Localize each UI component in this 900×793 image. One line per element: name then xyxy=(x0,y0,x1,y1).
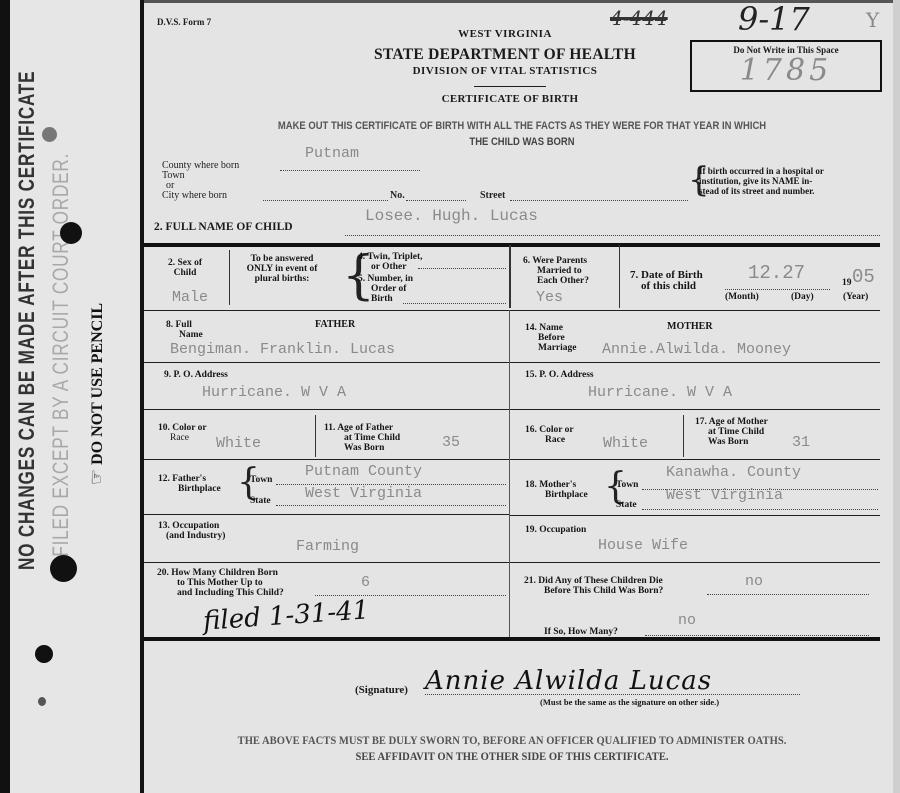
how-many-label: If So, How Many? xyxy=(544,627,618,637)
mother-heading: MOTHER xyxy=(667,322,713,332)
year-caption: (Year) xyxy=(843,292,868,302)
mother-age: 31 xyxy=(792,434,810,451)
year-prefix: 19 xyxy=(842,278,852,288)
section-divider-2 xyxy=(144,310,880,311)
mother-occupation-rule xyxy=(510,562,880,563)
father-age-label: 11. Age of Father at Time Child Was Born xyxy=(324,423,400,453)
section-divider-1 xyxy=(144,243,880,247)
twin-line xyxy=(418,268,506,269)
mother-age-label: 17. Age of Mother at Time Child Was Born xyxy=(695,417,768,447)
father-town-label: Town xyxy=(250,475,272,485)
children-died-line xyxy=(707,594,869,595)
father-name-label: 8. Full Name xyxy=(166,320,203,340)
father-state: West Virginia xyxy=(305,485,422,502)
punch-hole-middle xyxy=(50,555,77,582)
punch-hole-upper xyxy=(60,222,82,244)
punch-hole-lower xyxy=(35,645,53,663)
full-name-line xyxy=(345,235,880,236)
struck-number: 4-444 xyxy=(610,6,668,30)
father-race: White xyxy=(216,435,261,452)
father-age: 35 xyxy=(442,434,460,451)
sex-divider xyxy=(229,250,230,305)
punch-mark-small xyxy=(38,697,46,706)
center-divider xyxy=(509,310,510,640)
father-heading: FATHER xyxy=(315,320,355,330)
mother-birthplace-label: 18. Mother's Birthplace xyxy=(525,480,588,500)
instructions-line1: MAKE OUT THIS CERTIFICATE OF BIRTH WITH … xyxy=(197,120,847,132)
twin-label: 4. Twin, Triplet, or Other xyxy=(358,252,423,272)
city-line xyxy=(263,200,388,201)
footer-line1: THE ABOVE FACTS MUST BE DULY SWORN TO, B… xyxy=(173,735,850,747)
father-race-rule xyxy=(144,459,509,460)
dob-line xyxy=(725,289,830,290)
title-rule xyxy=(474,86,546,87)
day-caption: (Day) xyxy=(791,292,814,302)
office-box-value: 1785 xyxy=(692,55,880,87)
pencil-warning-text: DO NOT USE PENCIL xyxy=(89,303,106,465)
margin-notice-line1: NO CHANGES CAN BE MADE AFTER THIS CERTIF… xyxy=(14,71,40,570)
married-value: Yes xyxy=(536,289,563,306)
father-name: Bengiman. Franklin. Lucas xyxy=(170,341,395,358)
mother-occupation-label: 19. Occupation xyxy=(525,525,586,535)
county-value: Putnam xyxy=(305,145,359,162)
child-full-name: Losee. Hugh. Lucas xyxy=(365,207,538,225)
mother-race-label: 16. Color or Race xyxy=(525,425,574,445)
children-died: no xyxy=(745,573,763,590)
form-id: D.V.S. Form 7 xyxy=(157,17,211,27)
mother-birthplace-rule xyxy=(510,515,880,516)
dob-month-day: 12.27 xyxy=(748,262,805,284)
handwritten-date: 9-17 xyxy=(738,0,810,38)
father-state-label: State xyxy=(250,496,271,506)
month-caption: (Month) xyxy=(725,292,759,302)
corner-mark: Y xyxy=(866,8,879,32)
father-race-divider xyxy=(315,415,316,457)
dob-year: 05 xyxy=(852,266,875,288)
mother-race: White xyxy=(603,435,648,452)
signature-value: Annie Alwilda Lucas xyxy=(425,666,712,696)
signature-label: (Signature) xyxy=(355,684,408,696)
page-left-border xyxy=(140,0,144,793)
mother-occupation: House Wife xyxy=(598,537,688,554)
father-address-rule xyxy=(144,409,509,410)
mother-address-label: 15. P. O. Address xyxy=(525,370,594,380)
dob-label: 7. Date of Birth of this child xyxy=(630,270,703,292)
mother-state-line xyxy=(642,509,878,510)
father-race-label: 10. Color or Race xyxy=(158,423,207,443)
mother-name-label: 14. Name Before Marriage xyxy=(525,323,577,353)
father-address: Hurricane. W V A xyxy=(202,384,346,401)
mother-town-label: Town xyxy=(616,480,638,490)
street-line xyxy=(510,200,688,201)
margin-notice-line2: IS FILED EXCEPT BY A CIRCUIT COURT ORDER… xyxy=(48,153,74,580)
mother-address: Hurricane. W V A xyxy=(588,384,732,401)
how-many-value: no xyxy=(678,612,696,629)
plural-note: To be answered ONLY in event of plural b… xyxy=(232,254,332,284)
father-birthplace-label: 12. Father's Birthplace xyxy=(158,474,221,494)
children-count-label: 20. How Many Children Born to This Mothe… xyxy=(157,568,284,598)
scan-edge xyxy=(0,0,10,793)
order-line xyxy=(403,303,506,304)
married-divider xyxy=(619,245,620,308)
father-name-rule xyxy=(144,362,509,363)
city-label: City where born xyxy=(162,190,227,201)
page-right-edge xyxy=(893,0,900,793)
married-label: 6. Were Parents Married to Each Other? xyxy=(523,256,589,286)
county-line xyxy=(280,170,420,171)
mother-address-rule xyxy=(510,409,880,410)
father-town: Putnam County xyxy=(305,463,422,480)
plural-divider xyxy=(509,245,511,308)
division-name: DIVISION OF VITAL STATISTICS xyxy=(370,65,640,77)
pointing-hand-icon: ☞ xyxy=(86,469,107,485)
street-label: Street xyxy=(480,190,505,201)
mother-race-divider xyxy=(683,415,684,457)
sex-label: 2. Sex of Child xyxy=(150,258,220,278)
sex-value: Male xyxy=(172,289,208,306)
mother-state: West Virginia xyxy=(666,487,783,504)
department-name: STATE DEPARTMENT OF HEALTH xyxy=(340,46,670,64)
full-name-label: 2. FULL NAME OF CHILD xyxy=(154,221,293,233)
father-address-label: 9. P. O. Address xyxy=(164,370,228,380)
children-died-label: 21. Did Any of These Children Die Before… xyxy=(524,576,663,596)
how-many-line xyxy=(645,635,869,636)
certificate-title: CERTIFICATE OF BIRTH xyxy=(400,93,620,105)
footer-line2: SEE AFFIDAVIT ON THE OTHER SIDE OF THIS … xyxy=(173,751,850,763)
father-occupation-label: 13. Occupation (and Industry) xyxy=(158,521,225,541)
children-count: 6 xyxy=(361,574,370,591)
mother-name: Annie.Alwilda. Mooney xyxy=(602,341,791,358)
section-divider-3 xyxy=(144,637,880,641)
office-use-box: Do Not Write in This Space 1785 xyxy=(690,40,882,92)
no-line xyxy=(406,200,466,201)
mother-name-rule xyxy=(510,362,880,363)
state-name: WEST VIRGINIA xyxy=(380,28,630,40)
mother-race-rule xyxy=(510,459,880,460)
hospital-note: If birth occurred in a hospital or insti… xyxy=(699,166,879,196)
mother-state-label: State xyxy=(616,500,637,510)
instructions-line2: THE CHILD WAS BORN xyxy=(197,136,847,148)
father-occupation-rule xyxy=(144,562,509,563)
punch-hole-top xyxy=(42,127,57,142)
signature-note: (Must be the same as the signature on ot… xyxy=(540,697,719,707)
children-count-line xyxy=(315,595,506,596)
mother-town: Kanawha. County xyxy=(666,464,801,481)
no-label: No. xyxy=(390,190,405,201)
order-label: 5. Number, in Order of Birth xyxy=(358,274,413,304)
father-birthplace-rule xyxy=(144,514,509,515)
father-state-line xyxy=(276,505,506,506)
father-occupation: Farming xyxy=(296,538,359,555)
pencil-warning: ☞ DO NOT USE PENCIL xyxy=(86,303,107,485)
